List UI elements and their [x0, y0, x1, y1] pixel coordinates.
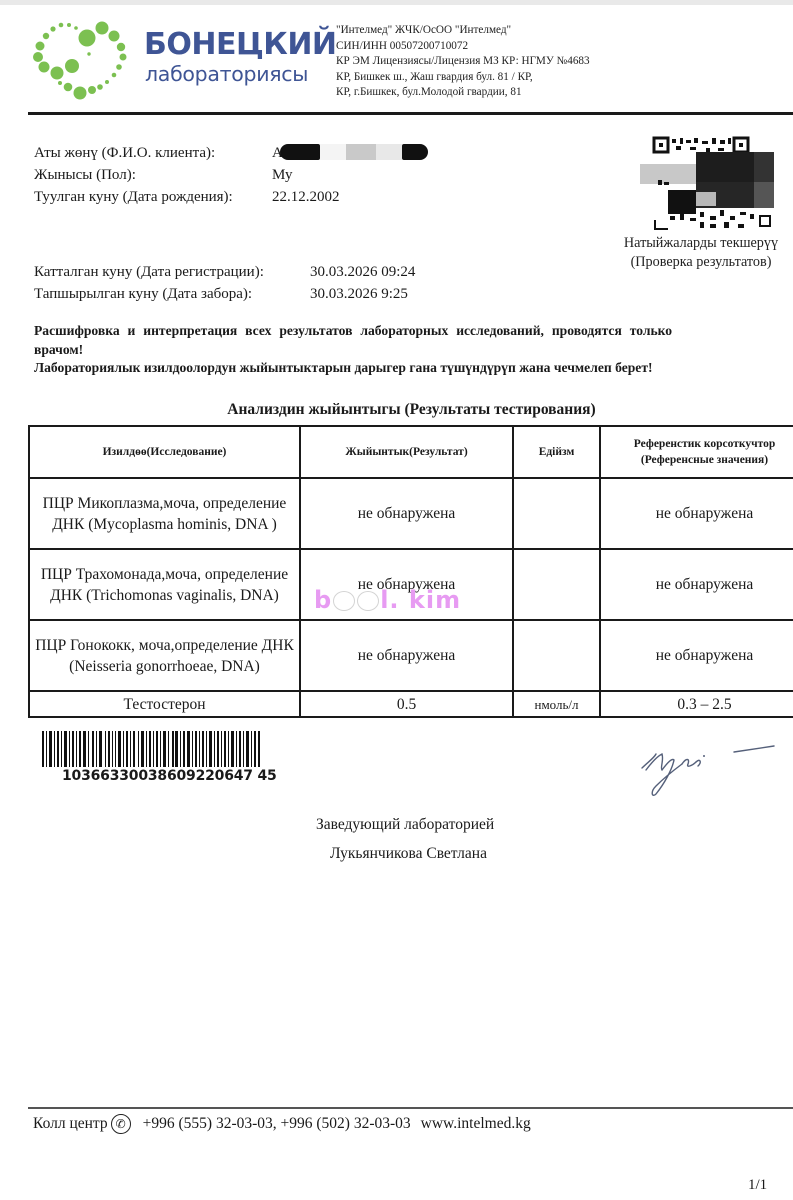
qr-caption-kg: Натыйжаларды текшерүү — [606, 234, 793, 253]
patient-sex-label: Жынысы (Пол): — [34, 164, 136, 186]
column-header-unit: Едійзм — [513, 426, 600, 478]
header-divider — [28, 112, 793, 115]
org-line: КР, г.Бишкек, бул.Молодой гвардии, 81 — [336, 85, 590, 101]
test-unit — [513, 549, 600, 620]
watermark-eye-icon — [357, 591, 379, 611]
test-reference: не обнаружена — [600, 478, 793, 549]
signature-icon — [634, 740, 784, 800]
website-link[interactable]: www.intelmed.kg — [421, 1115, 531, 1133]
results-title: Анализдин жыйынтыгы (Результаты тестиров… — [0, 401, 793, 419]
org-line: "Интелмед" ЖЧК/ОсОО "Интелмед" — [336, 23, 590, 39]
signatory-title: Заведующий лабораторией — [316, 816, 494, 834]
column-header-result: Жыйынтык(Результат) — [300, 426, 513, 478]
footer-divider — [28, 1107, 793, 1109]
footer-contacts: Колл центр ✆ +996 (555) 32-03-03, +996 (… — [33, 1114, 531, 1134]
test-name: Тестостерон — [29, 691, 300, 717]
registration-date-label: Катталган куну (Дата регистрации): — [34, 262, 264, 283]
notice-kg-line: Лабораториялык изилдоолордун жыйынтыктар… — [34, 359, 793, 378]
qr-caption-ru: (Проверка результатов) — [606, 253, 793, 272]
column-header-test: Изилдөө(Исследование) — [29, 426, 300, 478]
redaction-mark — [402, 144, 428, 160]
interpretation-notice: Расшифровка и интерпретация всех результ… — [34, 322, 793, 378]
results-header-row: Изилдөө(Исследование) Жыйынтык(Результат… — [29, 426, 793, 478]
collection-date-value: 30.03.2026 9:25 — [310, 284, 408, 305]
barcode-icon — [42, 731, 260, 767]
watermark-text-end: l. kim — [380, 586, 461, 614]
test-result: 0.5 — [300, 691, 513, 717]
test-reference: не обнаружена — [600, 549, 793, 620]
qr-code-icon[interactable] — [640, 136, 776, 232]
test-reference: не обнаружена — [600, 620, 793, 691]
brand-name: БОНЕЦКИЙ — [144, 28, 337, 62]
test-result: не обнаружена — [300, 478, 513, 549]
notice-ru-line1: Расшифровка и интерпретация всех результ… — [34, 322, 793, 341]
results-table: Изилдөө(Исследование) Жыйынтык(Результат… — [28, 425, 793, 718]
call-center-phones[interactable]: +996 (555) 32-03-03, +996 (502) 32-03-03 — [143, 1115, 411, 1133]
notice-ru-line2: врачом! — [34, 341, 793, 360]
patient-dob-value: 22.12.2002 — [272, 186, 340, 208]
watermark-eye-icon — [333, 591, 355, 611]
barcode-number: 10366330038609220647 45 — [62, 768, 277, 784]
page-number: 1/1 — [748, 1177, 767, 1194]
test-unit: нмоль/л — [513, 691, 600, 717]
watermark-text-start: b — [314, 586, 332, 614]
redaction-mark — [280, 144, 320, 160]
test-unit — [513, 620, 600, 691]
organization-info: "Интелмед" ЖЧК/ОсОО "Интелмед" СИН/ИНН 0… — [336, 23, 590, 101]
org-line: КР, Бишкек ш., Жаш гвардия бул. 81 / КР, — [336, 70, 590, 86]
phone-icon: ✆ — [111, 1114, 131, 1134]
call-center-label: Колл центр — [33, 1115, 108, 1133]
column-header-reference: Референстик корсоткучтор (Референсные зн… — [600, 426, 793, 478]
table-row: ПЦР Гонококк, моча,определение ДНК (Neis… — [29, 620, 793, 691]
table-row: ПЦР Микоплазма,моча, определение ДНК (My… — [29, 478, 793, 549]
patient-dob-label: Туулган куну (Дата рождения): — [34, 186, 233, 208]
org-line: КР ЭМ Лицензиясы/Лицензия МЗ КР: НГМУ №4… — [336, 54, 590, 70]
top-edge-bar — [0, 0, 793, 5]
test-result: не обнаружена — [300, 620, 513, 691]
redaction-mark — [346, 144, 376, 160]
patient-name-label: Аты жөнү (Ф.И.О. клиента): — [34, 142, 215, 164]
patient-sex-value: Му — [272, 164, 292, 186]
test-name: ПЦР Микоплазма,моча, определение ДНК (My… — [29, 478, 300, 549]
redaction-mark — [376, 144, 402, 160]
test-name: ПЦР Трахомонада,моча, определение ДНК (T… — [29, 549, 300, 620]
brand-subtitle: лабораториясы — [145, 62, 308, 86]
signatory-name: Лукьянчикова Светлана — [330, 845, 487, 863]
test-unit — [513, 478, 600, 549]
collection-date-label: Тапшырылган куну (Дата забора): — [34, 284, 252, 305]
watermark: bl. kim — [314, 586, 461, 614]
test-reference: 0.3 – 2.5 — [600, 691, 793, 717]
test-name: ПЦР Гонококк, моча,определение ДНК (Neis… — [29, 620, 300, 691]
registration-date-value: 30.03.2026 09:24 — [310, 262, 415, 283]
qr-caption: Натыйжаларды текшерүү (Проверка результа… — [606, 234, 793, 272]
org-line: СИН/ИНН 00507200710072 — [336, 39, 590, 55]
bonetsky-heart-logo-icon — [32, 14, 132, 100]
table-row: Тестостерон 0.5 нмоль/л 0.3 – 2.5 — [29, 691, 793, 717]
